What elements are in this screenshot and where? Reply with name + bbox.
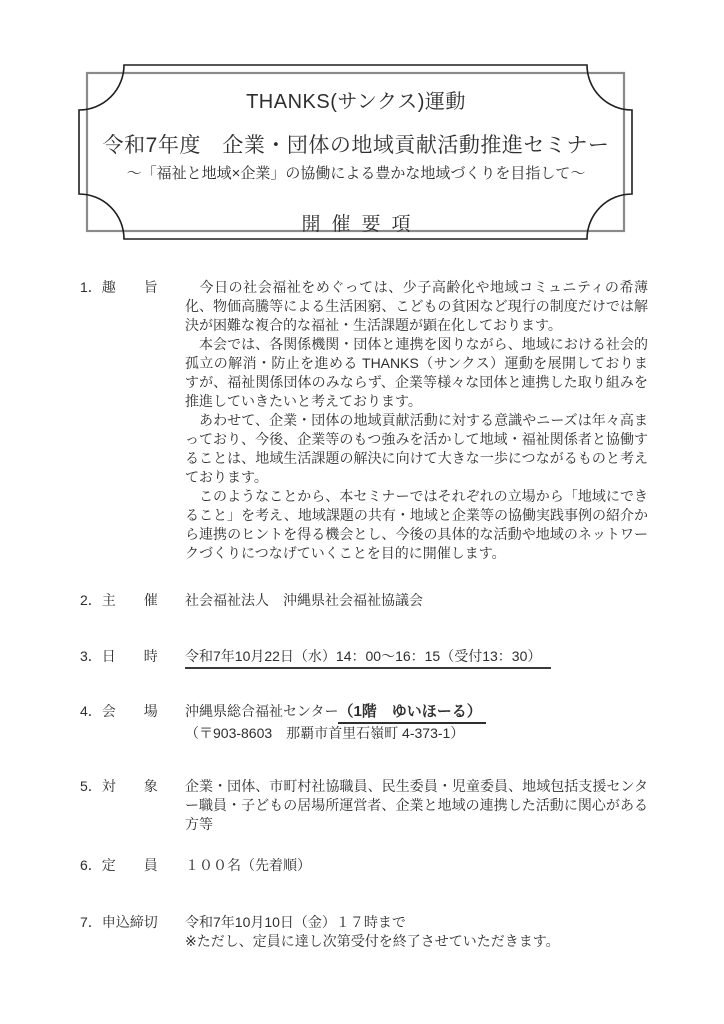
section-purpose-label: 1．趣 旨 <box>80 278 185 297</box>
section-audience: 5．対 象 企業・団体、市町村社協職員、民生委員・児童委員、地域包括支援センター… <box>80 777 648 834</box>
section-capacity-label: 6．定 員 <box>80 856 185 875</box>
header-titles: THANKS(サンクス)運動 令和7年度 企業・団体の地域貢献活動推進セミナー … <box>78 64 634 240</box>
purpose-paragraph: 本会では、各関係機関・団体と連携を図りながら、地域における社会的孤立の解消・防止… <box>185 335 648 411</box>
document-body: 1．趣 旨 今日の社会福祉をめぐっては、少子高齢化や地域コミュニティの希薄化、物… <box>80 278 648 951</box>
section-deadline-label: 7．申込締切 <box>80 913 185 932</box>
section-organizer-label: 2．主 催 <box>80 591 185 610</box>
section-purpose: 1．趣 旨 今日の社会福祉をめぐっては、少子高齢化や地域コミュニティの希薄化、物… <box>80 278 648 563</box>
section-venue-label: 4．会 場 <box>80 702 185 721</box>
venue-line: 沖縄県総合福祉センター（1階 ゆいほーる） <box>185 702 648 724</box>
deadline-date: 令和7年10月10日（金）１７時まで <box>185 913 648 932</box>
datetime-underlined: 令和7年10月22日（水）14：00～16：15（受付13：30） <box>185 647 551 669</box>
seminar-title: 令和7年度 企業・団体の地域貢献活動推進セミナー <box>103 129 610 159</box>
section-deadline-text: 令和7年10月10日（金）１７時まで ※ただし、定員に達し次第受付を終了させてい… <box>185 913 648 951</box>
section-deadline: 7．申込締切 令和7年10月10日（金）１７時まで ※ただし、定員に達し次第受付… <box>80 913 648 951</box>
section-datetime-label: 3．日 時 <box>80 647 185 666</box>
section-venue: 4．会 場 沖縄県総合福祉センター（1階 ゆいほーる） （〒903-8603 那… <box>80 702 648 743</box>
header-frame: THANKS(サンクス)運動 令和7年度 企業・団体の地域貢献活動推進セミナー … <box>78 64 634 240</box>
section-capacity-text: １００名（先着順） <box>185 856 648 875</box>
venue-room: （1階 ゆいほーる） <box>338 702 485 724</box>
deadline-note: ※ただし、定員に達し次第受付を終了させていただきます。 <box>185 932 648 951</box>
purpose-paragraph: あわせて、企業・団体の地域貢献活動に対する意識やニーズは年々高まっており、今後、… <box>185 411 648 487</box>
seminar-subtitle: ～「福祉と地域×企業」の協働による豊かな地域づくりを目指して～ <box>127 162 586 183</box>
purpose-paragraph: 今日の社会福祉をめぐっては、少子高齢化や地域コミュニティの希薄化、物価高騰等によ… <box>185 278 648 335</box>
venue-address: （〒903-8603 那覇市首里石嶺町 4-373-1） <box>185 724 648 743</box>
section-datetime-text: 令和7年10月22日（水）14：00～16：15（受付13：30） <box>185 647 648 669</box>
document-page: THANKS(サンクス)運動 令和7年度 企業・団体の地域貢献活動推進セミナー … <box>0 0 724 1024</box>
section-organizer: 2．主 催 社会福祉法人 沖縄県社会福祉協議会 <box>80 591 648 610</box>
section-datetime: 3．日 時 令和7年10月22日（水）14：00～16：15（受付13：30） <box>80 647 648 669</box>
section-venue-text: 沖縄県総合福祉センター（1階 ゆいほーる） （〒903-8603 那覇市首里石嶺… <box>185 702 648 743</box>
document-heading: 開催要項 <box>290 209 421 236</box>
movement-title: THANKS(サンクス)運動 <box>246 85 466 114</box>
venue-name: 沖縄県総合福祉センター <box>185 703 338 719</box>
section-capacity: 6．定 員 １００名（先着順） <box>80 856 648 875</box>
section-organizer-text: 社会福祉法人 沖縄県社会福祉協議会 <box>185 591 648 610</box>
section-audience-label: 5．対 象 <box>80 777 185 796</box>
purpose-paragraph: このようなことから、本セミナーではそれぞれの立場から「地域にできること」を考え、… <box>185 487 648 563</box>
section-purpose-text: 今日の社会福祉をめぐっては、少子高齢化や地域コミュニティの希薄化、物価高騰等によ… <box>185 278 648 563</box>
section-audience-text: 企業・団体、市町村社協職員、民生委員・児童委員、地域包括支援センター職員・子ども… <box>185 777 648 834</box>
